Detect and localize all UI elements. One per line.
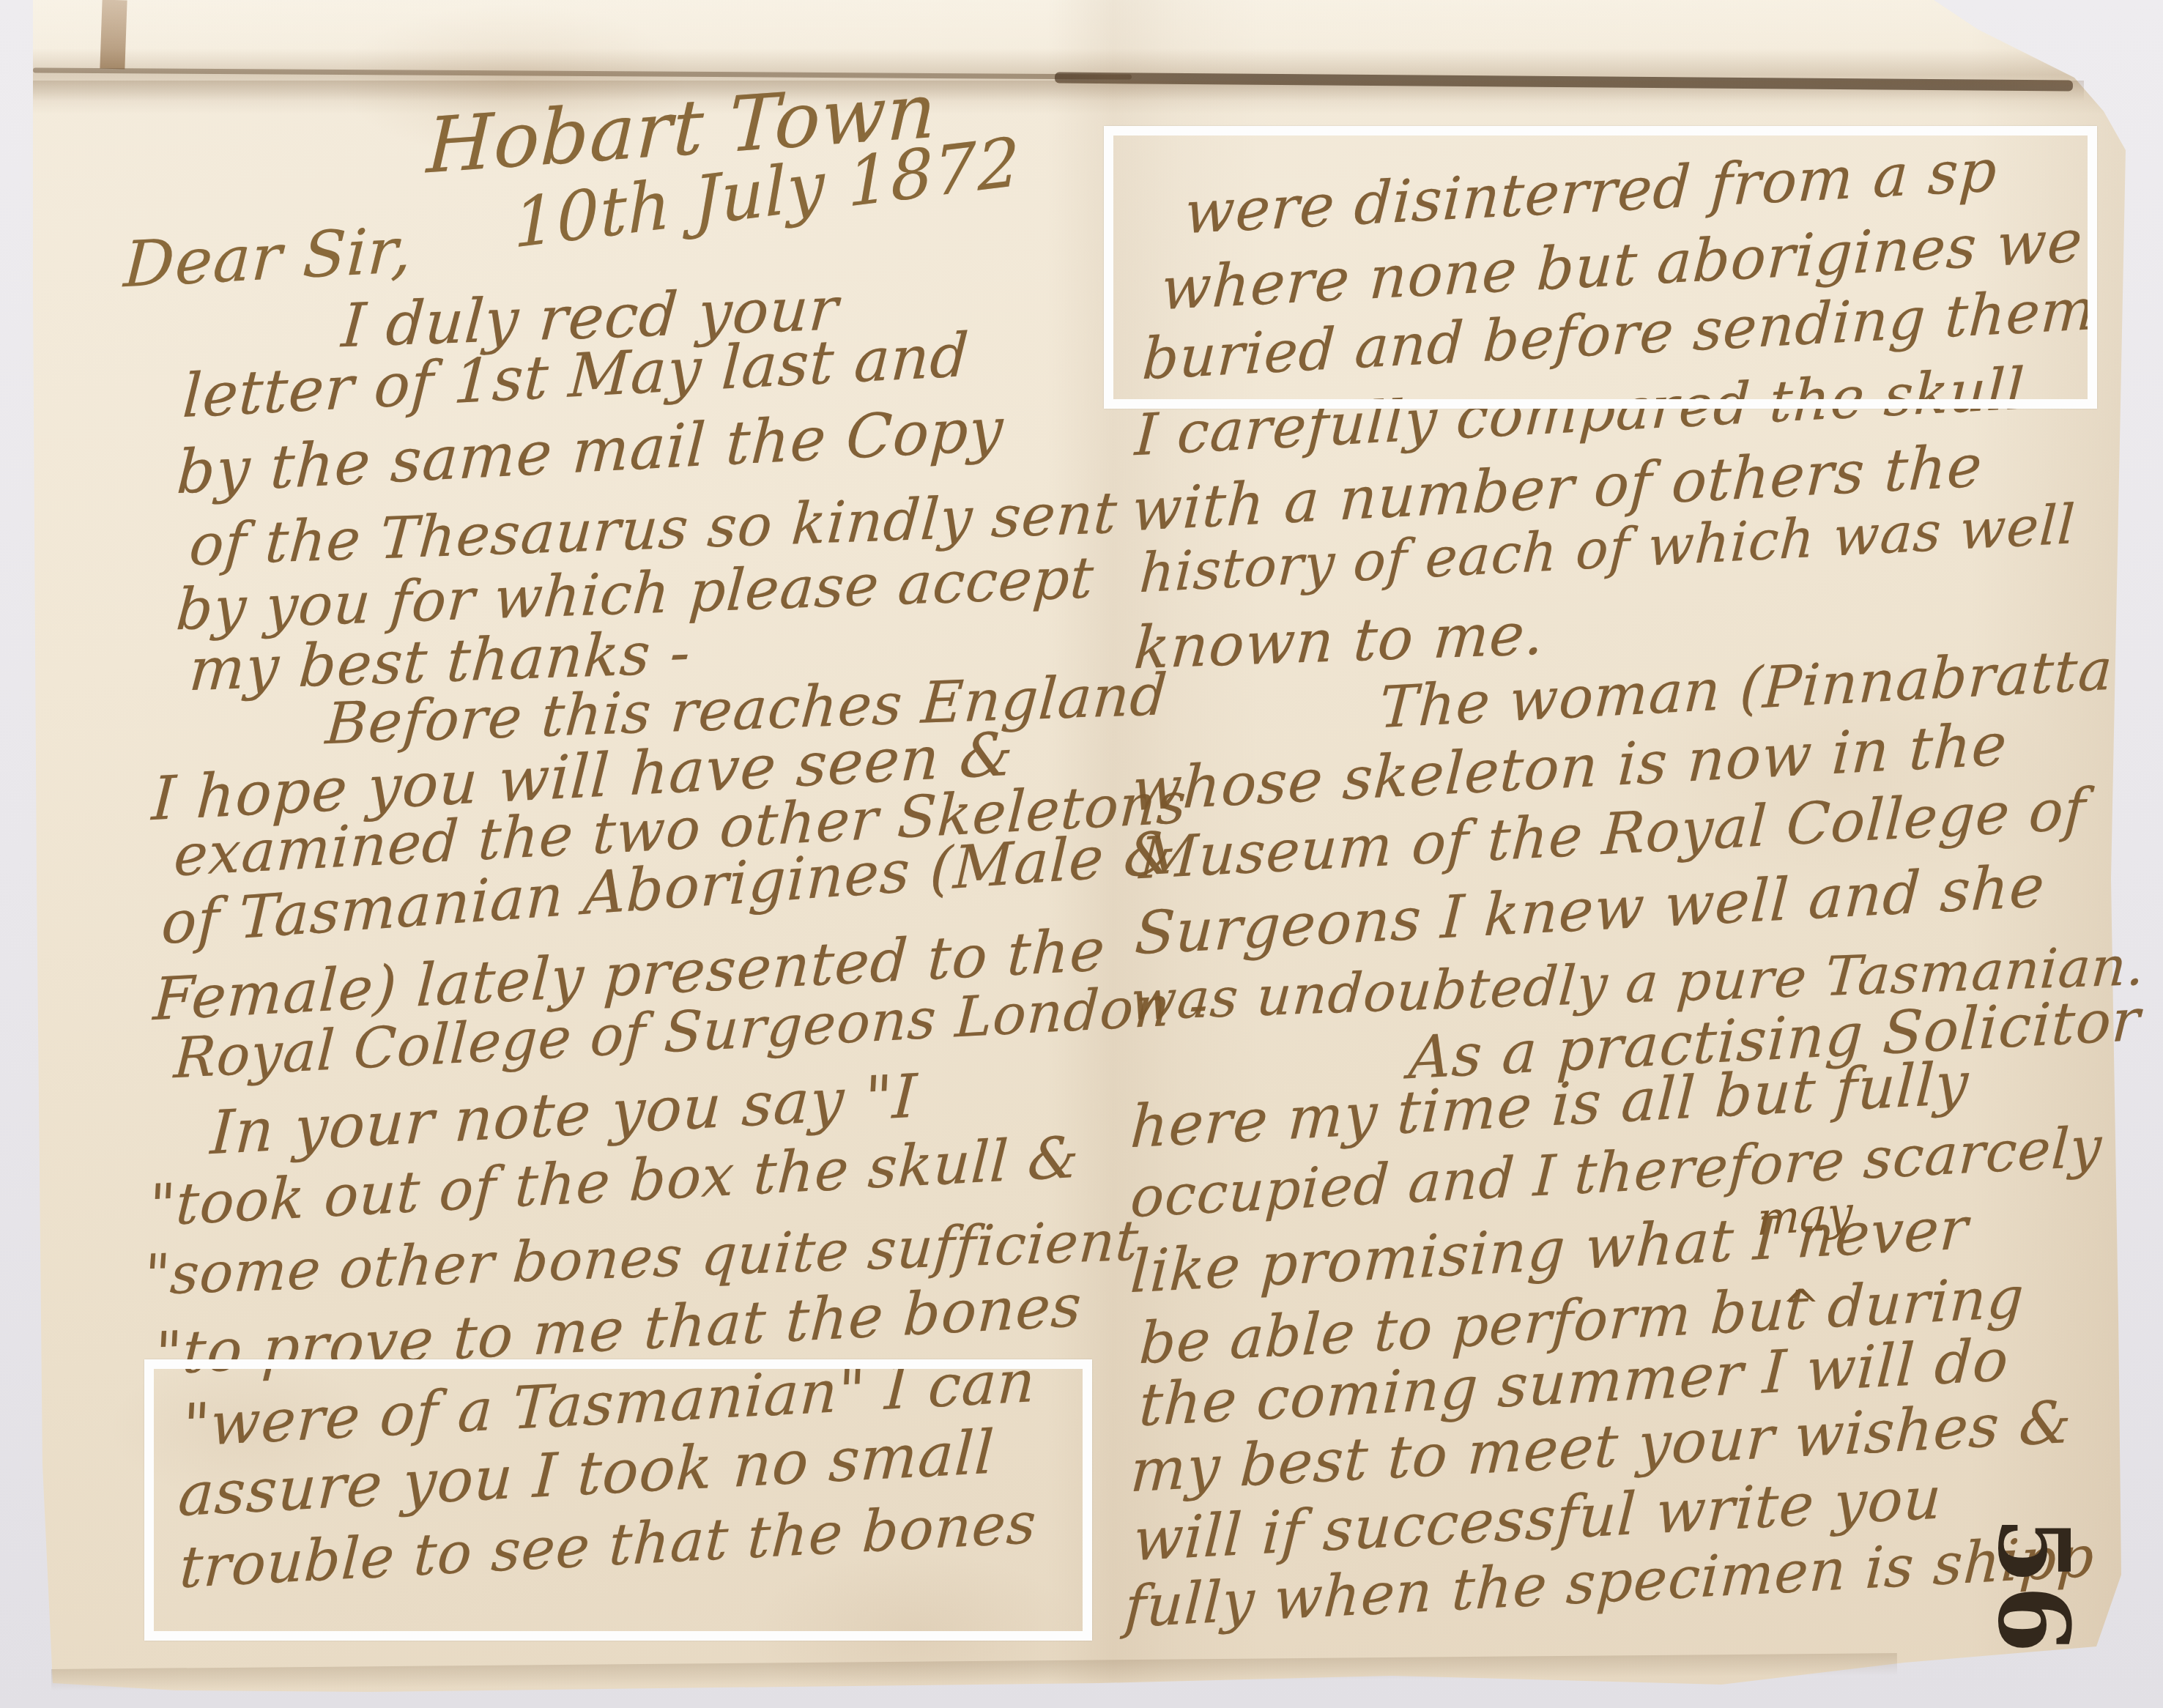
insert-caret-mark: ^ xyxy=(1781,1280,1821,1334)
document-scan: Hobart Town 10th July 1872 Dear Sir, I d… xyxy=(0,0,2163,1708)
binding-edge-mark xyxy=(100,0,127,70)
interlinear-insert-word: may xyxy=(1756,1186,1853,1246)
highlight-box-bottom-left xyxy=(144,1359,1092,1641)
highlight-box-top-right xyxy=(1104,126,2097,409)
salutation: Dear Sir, xyxy=(122,213,415,302)
page-number: 56 xyxy=(1971,1527,2096,1644)
